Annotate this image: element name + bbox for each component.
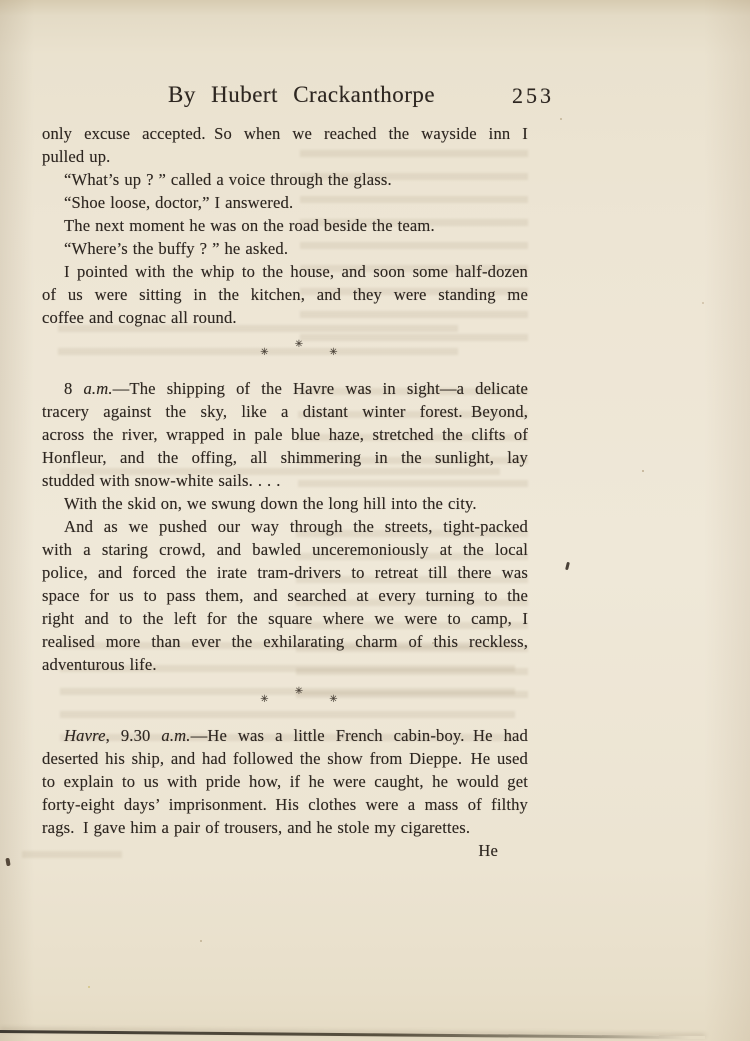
text-line: rags. I gave him a pair of trousers, and…: [42, 816, 528, 839]
page-number: 253: [512, 83, 554, 109]
text-segment: , 9.30: [106, 726, 162, 745]
text-line: across the river, wrapped in pale blue h…: [42, 423, 528, 446]
text-line: “Where’s the buffy ? ” he asked.: [42, 237, 528, 260]
page-edge-shadow: [0, 1030, 705, 1039]
paragraph: I pointed with the whip to the house, an…: [42, 260, 528, 329]
asterisk-icon: ✳: [295, 340, 304, 350]
text-line: Havre, 9.30 a.m.—He was a little French …: [42, 724, 528, 747]
text-segment: With the skid on, we swung down the long…: [64, 494, 477, 513]
text-segment: right and to the left for the square whe…: [42, 609, 528, 628]
text-line: with a staring crowd, and bawled uncerem…: [42, 538, 528, 561]
asterisk-icon: ✳: [329, 695, 338, 705]
text-line: of us were sitting in the kitchen, and t…: [42, 283, 528, 306]
text-segment: “Shoe loose, doctor,” I answered.: [64, 193, 293, 212]
text-segment: —He was a little French cabin-boy. He ha…: [191, 726, 528, 745]
text-segment: studded with snow-white sails. . . .: [42, 471, 281, 490]
asterisk-icon: ✳: [295, 687, 304, 697]
text-flow: only excuse accepted. So when we reached…: [42, 122, 528, 862]
text-segment: to explain to us with pride how, if he w…: [42, 772, 528, 791]
paragraph: 8 a.m.—The shipping of the Havre was in …: [42, 377, 528, 492]
book-page: By Hubert Crackanthorpe 253 only excuse …: [0, 0, 750, 1041]
text-line: The next moment he was on the road besid…: [42, 214, 528, 237]
text-line: space for us to pass them, and searched …: [42, 584, 528, 607]
text-line: “What’s up ? ” called a voice through th…: [42, 168, 528, 191]
text-segment: across the river, wrapped in pale blue h…: [42, 425, 528, 444]
text-line: only excuse accepted. So when we reached…: [42, 122, 528, 145]
text-line: to explain to us with pride how, if he w…: [42, 770, 528, 793]
text-segment: space for us to pass them, and searched …: [42, 586, 528, 605]
asterisk-icon: ✳: [329, 348, 338, 358]
text-line: tracery against the sky, like a distant …: [42, 400, 528, 423]
catchword-line: He: [42, 839, 528, 862]
paragraph: Havre, 9.30 a.m.—He was a little French …: [42, 724, 528, 839]
italic-text: a.m.: [83, 379, 112, 398]
asterisk-icon: ✳: [260, 348, 269, 358]
text-segment: deserted his ship, and had followed the …: [42, 749, 528, 768]
text-segment: with a staring crowd, and bawled uncerem…: [42, 540, 528, 559]
text-line: right and to the left for the square whe…: [42, 607, 528, 630]
text-line: 8 a.m.—The shipping of the Havre was in …: [42, 377, 528, 400]
text-line: deserted his ship, and had followed the …: [42, 747, 528, 770]
paragraph: And as we pushed our way through the str…: [42, 515, 528, 676]
running-title: By Hubert Crackanthorpe: [168, 82, 435, 108]
text-segment: police, and forced the irate tram-driver…: [42, 563, 528, 582]
text-line: studded with snow-white sails. . . .: [42, 469, 528, 492]
text-segment: coffee and cognac all round.: [42, 308, 237, 327]
text-line: forty-eight days’ imprisonment. His clot…: [42, 793, 528, 816]
text-segment: tracery against the sky, like a distant …: [42, 402, 528, 421]
text-line: pulled up.: [42, 145, 528, 168]
text-segment: realised more than ever the exhilarating…: [42, 632, 528, 651]
text-line: With the skid on, we swung down the long…: [42, 492, 528, 515]
paragraph: With the skid on, we swung down the long…: [42, 492, 528, 515]
text-segment: pulled up.: [42, 147, 110, 166]
text-segment: Honfleur, and the offing, all shimmering…: [42, 448, 528, 467]
italic-text: a.m.: [161, 726, 190, 745]
text-line: coffee and cognac all round.: [42, 306, 528, 329]
asterisk-icon: ✳: [260, 695, 269, 705]
text-segment: adventurous life.: [42, 655, 157, 674]
text-segment: 8: [64, 379, 83, 398]
text-line: realised more than ever the exhilarating…: [42, 630, 528, 653]
asterisk-divider: ✳✳✳: [56, 676, 542, 724]
paragraph: “What’s up ? ” called a voice through th…: [42, 168, 528, 191]
paragraph: “Shoe loose, doctor,” I answered.: [42, 191, 528, 214]
text-segment: only excuse accepted. So when we reached…: [42, 124, 528, 143]
text-segment: of us were sitting in the kitchen, and t…: [42, 285, 528, 304]
text-line: I pointed with the whip to the house, an…: [42, 260, 528, 283]
text-segment: “Where’s the buffy ? ” he asked.: [64, 239, 288, 258]
text-segment: rags. I gave him a pair of trousers, and…: [42, 818, 470, 837]
text-segment: “What’s up ? ” called a voice through th…: [64, 170, 392, 189]
text-line: And as we pushed our way through the str…: [42, 515, 528, 538]
text-line: police, and forced the irate tram-driver…: [42, 561, 528, 584]
text-segment: The next moment he was on the road besid…: [64, 216, 435, 235]
paragraph: The next moment he was on the road besid…: [42, 214, 528, 237]
ink-mark: [5, 858, 10, 867]
text-segment: And as we pushed our way through the str…: [64, 517, 528, 536]
italic-text: Havre: [64, 726, 106, 745]
ink-mark: [565, 562, 570, 570]
asterisk-divider: ✳✳✳: [56, 329, 542, 377]
text-segment: forty-eight days’ imprisonment. His clot…: [42, 795, 528, 814]
text-line: adventurous life.: [42, 653, 528, 676]
catchword: He: [478, 841, 498, 860]
paragraph: only excuse accepted. So when we reached…: [42, 122, 528, 168]
text-line: “Shoe loose, doctor,” I answered.: [42, 191, 528, 214]
text-segment: —The shipping of the Havre was in sight—…: [113, 379, 528, 398]
text-line: Honfleur, and the offing, all shimmering…: [42, 446, 528, 469]
text-segment: I pointed with the whip to the house, an…: [64, 262, 528, 281]
paragraph: “Where’s the buffy ? ” he asked.: [42, 237, 528, 260]
